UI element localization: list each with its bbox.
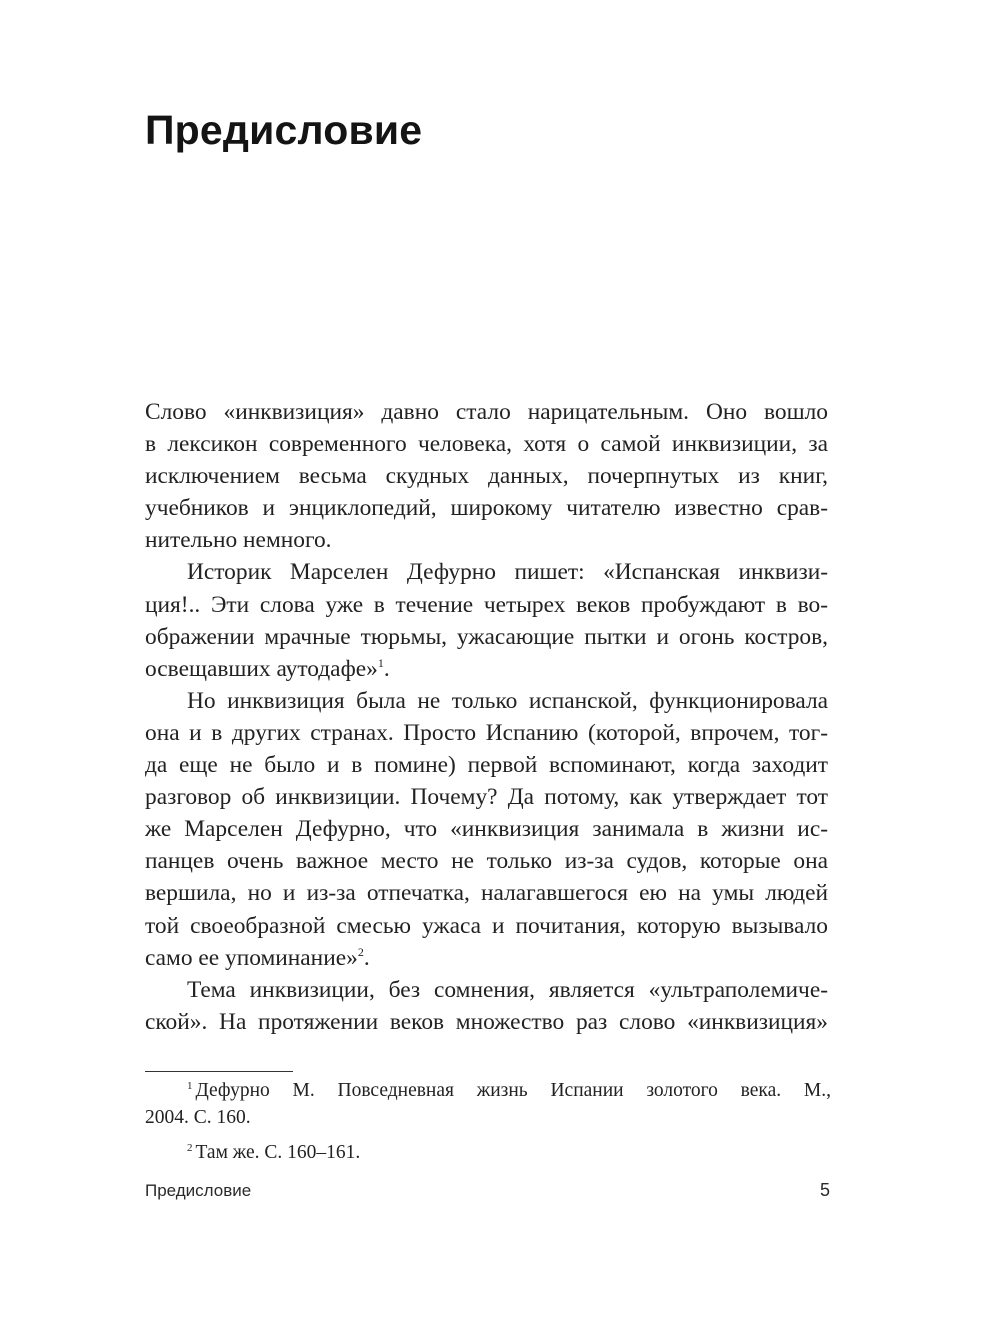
footnote-divider: [145, 1071, 293, 1072]
text-line: Тема инквизиции, без сомнения, является …: [145, 974, 828, 1006]
text-fragment: само ее упоминание»: [145, 945, 358, 971]
text-line: освещавших аутодафе»1.: [145, 653, 828, 685]
text-fragment: освещавших аутодафе»: [145, 656, 378, 682]
text-line: исключением весьма скудных данных, почер…: [145, 460, 828, 492]
paragraph: Тема инквизиции, без сомнения, является …: [145, 974, 828, 1038]
text-line: Слово «инквизиция» давно стало нарицател…: [145, 396, 828, 428]
text-line: панцев очень важное место не только из-з…: [145, 845, 828, 877]
text-line: да еще не было и в помине) первой вспоми…: [145, 749, 828, 781]
page-number: 5: [820, 1180, 830, 1201]
text-line: само ее упоминание»2.: [145, 942, 828, 974]
running-footer: Предисловие: [145, 1181, 251, 1201]
paragraph: Историк Марселен Дефурно пишет: «Испанск…: [145, 556, 828, 684]
text-line: Но инквизиция была не только испанской, …: [145, 685, 828, 717]
text-line: же Марселен Дефурно, что «инквизиция зан…: [145, 813, 828, 845]
text-line: вершила, но и из-за отпечатка, налагавше…: [145, 877, 828, 909]
footnote-1: 1Дефурно М. Повседневная жизнь Испании з…: [145, 1077, 831, 1131]
footnote-line: 1Дефурно М. Повседневная жизнь Испании з…: [145, 1077, 831, 1104]
text-line: Историк Марселен Дефурно пишет: «Испанск…: [145, 556, 828, 588]
text-line: нительно немного.: [145, 524, 828, 556]
text-line: ция!.. Эти слова уже в течение четырех в…: [145, 589, 828, 621]
footnote-line: 2004. С. 160.: [145, 1104, 831, 1131]
footnote-number: 2: [187, 1142, 193, 1154]
text-line: она и в других странах. Просто Испанию (…: [145, 717, 828, 749]
footnote-text: Дефурно М. Повседневная жизнь Испании зо…: [196, 1080, 832, 1101]
text-line: ской». На протяжении веков множество раз…: [145, 1006, 828, 1038]
text-line: учебников и энциклопедий, широкому читат…: [145, 492, 828, 524]
footnote-number: 1: [187, 1080, 193, 1092]
paragraph: Но инквизиция была не только испанской, …: [145, 685, 828, 974]
text-fragment: .: [384, 656, 390, 682]
paragraph: Слово «инквизиция» давно стало нарицател…: [145, 396, 828, 556]
footnote-line: 2Там же. С. 160–161.: [145, 1139, 831, 1166]
footnote-2: 2Там же. С. 160–161.: [145, 1139, 831, 1166]
body-text: Слово «инквизиция» давно стало нарицател…: [145, 396, 828, 1038]
text-line: ображении мрачные тюрьмы, ужасающие пытк…: [145, 621, 828, 653]
text-line: в лексикон современного человека, хотя о…: [145, 428, 828, 460]
text-line: разговор об инквизиции. Почему? Да потом…: [145, 781, 828, 813]
footnotes: 1Дефурно М. Повседневная жизнь Испании з…: [145, 1077, 831, 1174]
chapter-title: Предисловие: [145, 104, 422, 156]
text-fragment: .: [364, 945, 370, 971]
footnote-text: Там же. С. 160–161.: [196, 1142, 361, 1163]
text-line: той своеобразной смесью ужаса и почитани…: [145, 910, 828, 942]
